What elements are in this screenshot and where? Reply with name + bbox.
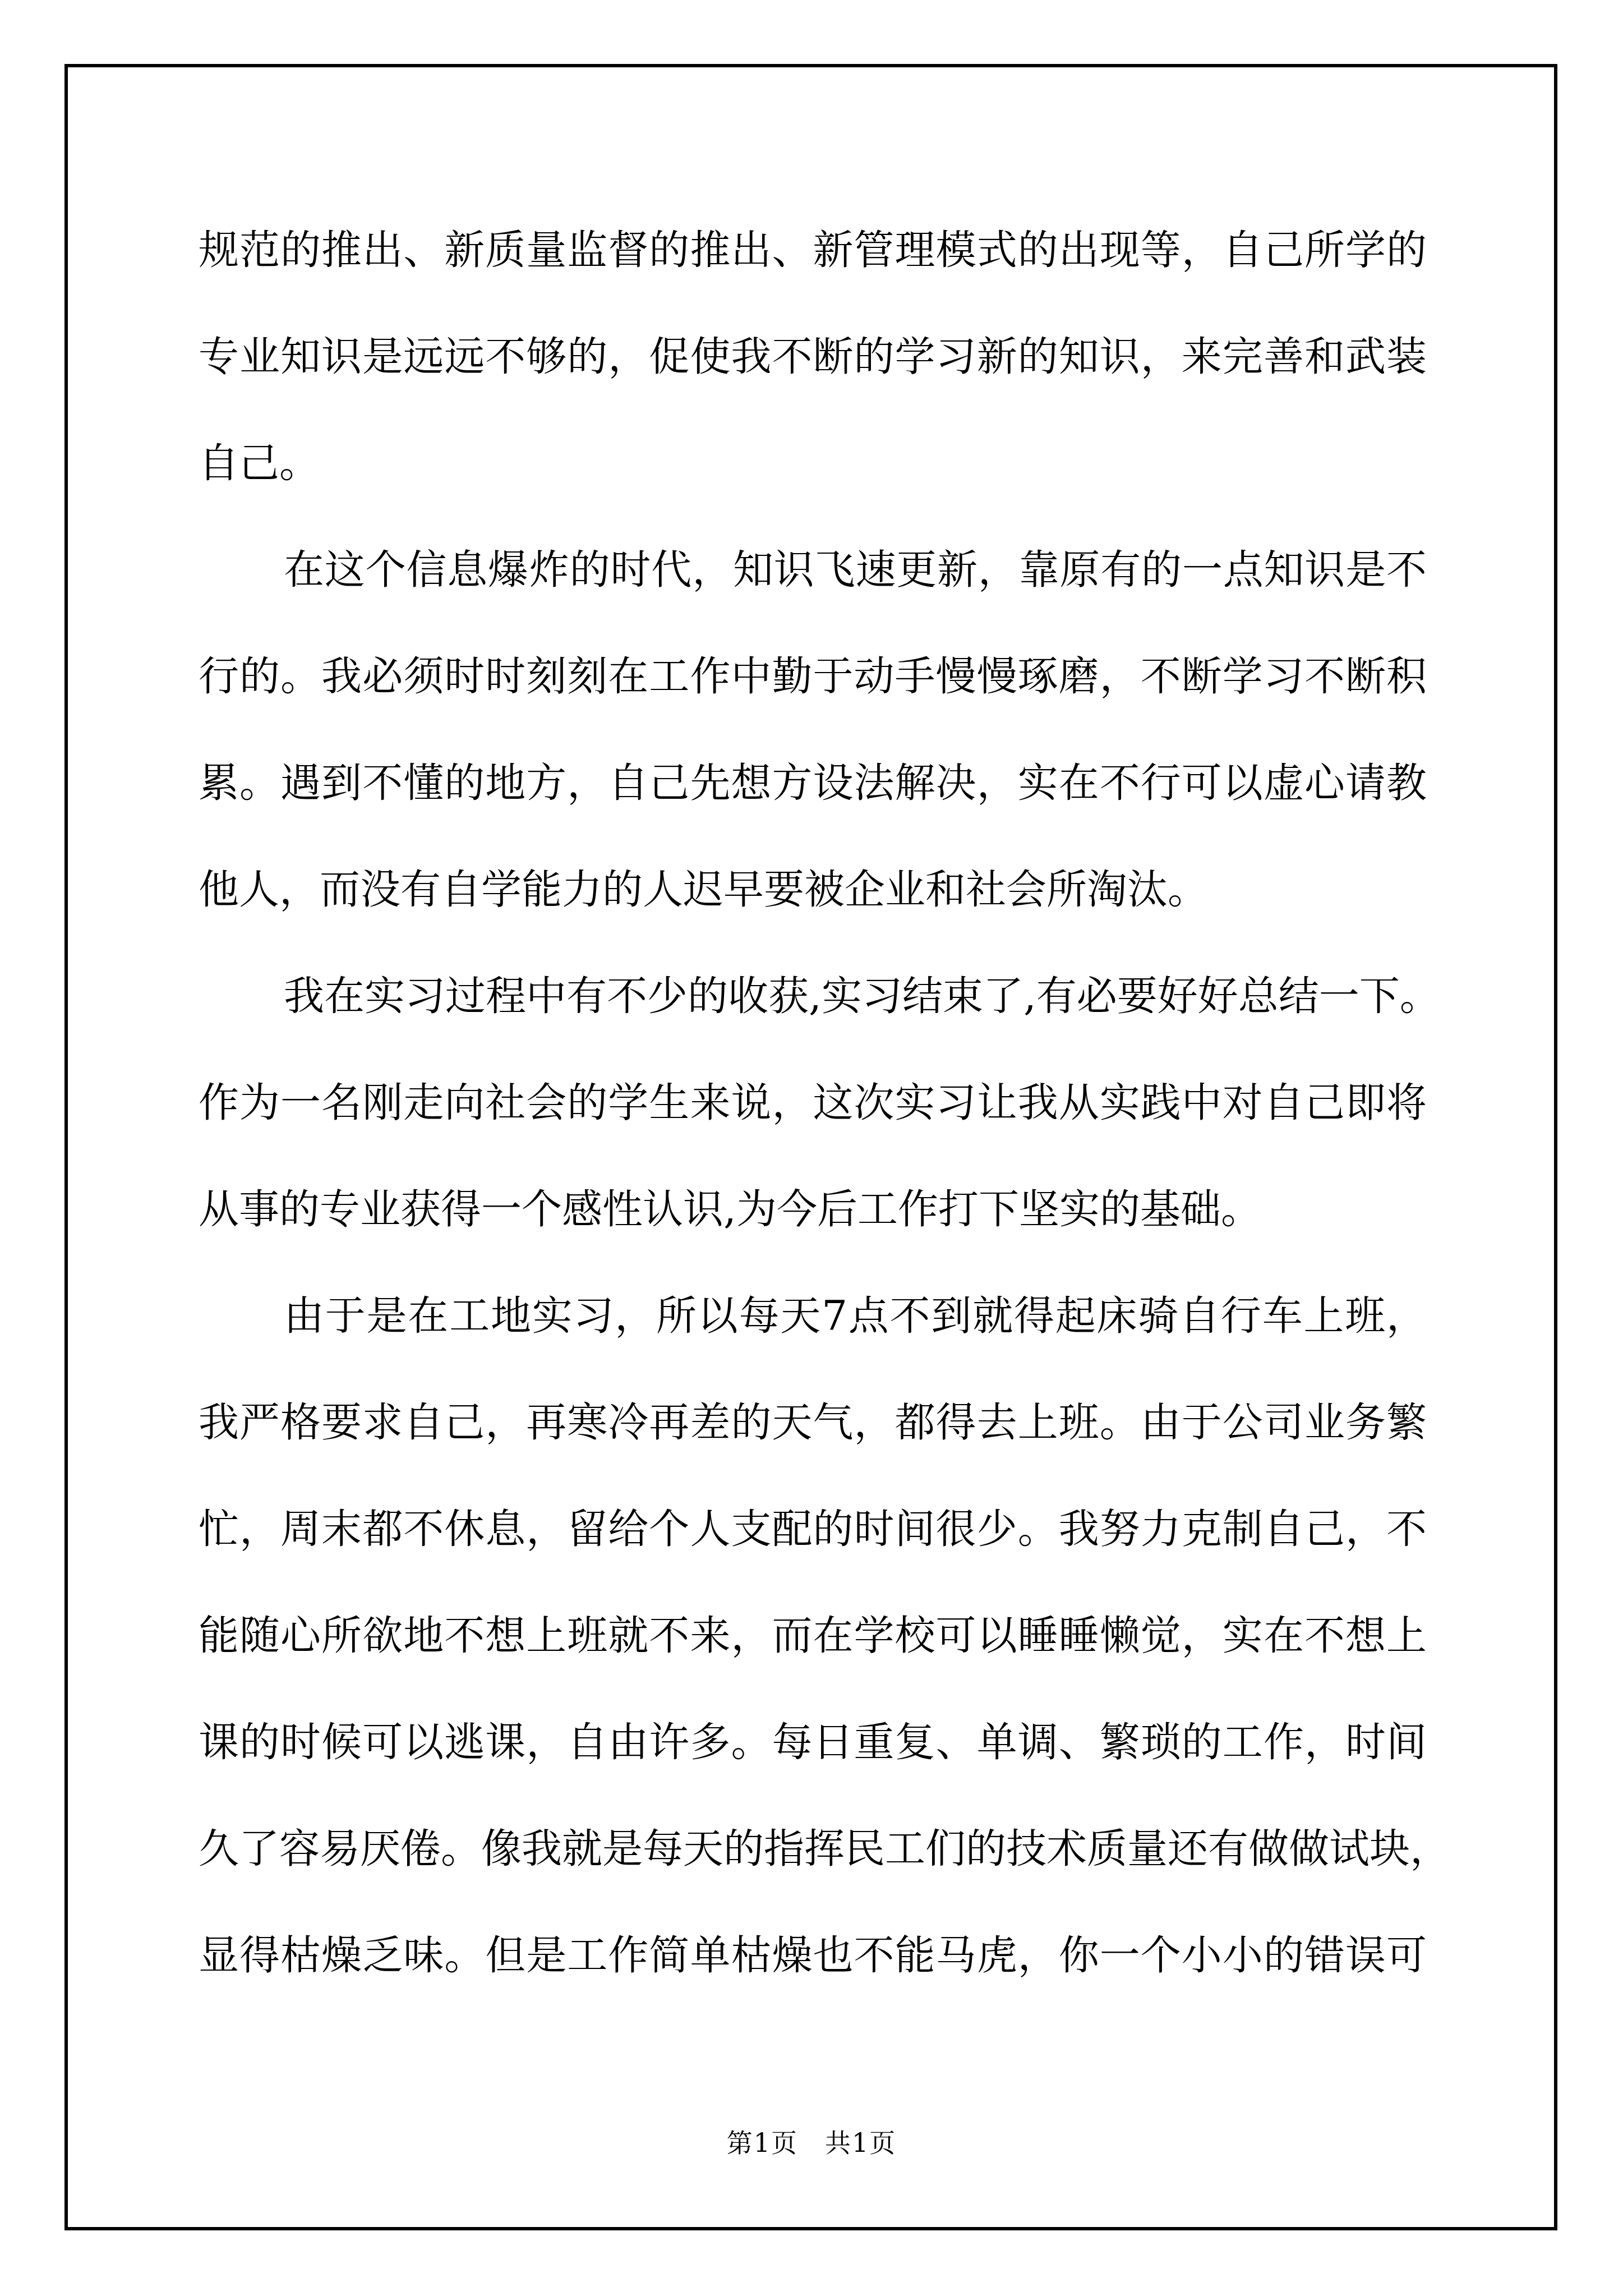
text-line: 忙，周末都不休息，留给个人支配的时间很少。我努力克制自己，不: [199, 1475, 1427, 1582]
text-line: 我在实习过程中有不少的收获,实习结束了,有必要好好总结一下。: [199, 942, 1427, 1049]
text-line: 我严格要求自己，再寒冷再差的天气，都得去上班。由于公司业务繁: [199, 1369, 1427, 1475]
text-line: 显得枯燥乏味。但是工作简单枯燥也不能马虎，你一个小小的错误可: [199, 1902, 1427, 2008]
document-page: { "content": { "lines": [ "规范的推出、新质量监督的推…: [0, 0, 1623, 2296]
text-line: 在这个信息爆炸的时代，知识飞速更新，靠原有的一点知识是不: [199, 516, 1427, 623]
text-line: 久了容易厌倦。像我就是每天的指挥民工们的技术质量还有做做试块，: [199, 1795, 1427, 1902]
text-line: 作为一名刚走向社会的学生来说，这次实习让我从实践中对自己即将: [199, 1049, 1427, 1156]
body-text: 规范的推出、新质量监督的推出、新管理模式的出现等，自己所学的 专业知识是远远不够…: [199, 196, 1427, 2008]
text-line: 专业知识是远远不够的，促使我不断的学习新的知识，来完善和武装: [199, 303, 1427, 409]
text-line: 累。遇到不懂的地方，自己先想方设法解决，实在不行可以虚心请教: [199, 729, 1427, 836]
text-line: 由于是在工地实习，所以每天7点不到就得起床骑自行车上班，: [199, 1262, 1427, 1369]
text-line: 规范的推出、新质量监督的推出、新管理模式的出现等，自己所学的: [199, 196, 1427, 303]
text-line: 自己。: [199, 409, 1427, 516]
text-line: 他人，而没有自学能力的人迟早要被企业和社会所淘汰。: [199, 836, 1427, 942]
text-line: 行的。我必须时时刻刻在工作中勤于动手慢慢琢磨，不断学习不断积: [199, 623, 1427, 729]
text-line: 能随心所欲地不想上班就不来，而在学校可以睡睡懒觉，实在不想上: [199, 1582, 1427, 1688]
text-line: 课的时候可以逃课，自由许多。每日重复、单调、繁琐的工作，时间: [199, 1688, 1427, 1795]
page-number: 第1页 共1页: [0, 2123, 1623, 2160]
text-line: 从事的专业获得一个感性认识,为今后工作打下坚实的基础。: [199, 1156, 1427, 1262]
